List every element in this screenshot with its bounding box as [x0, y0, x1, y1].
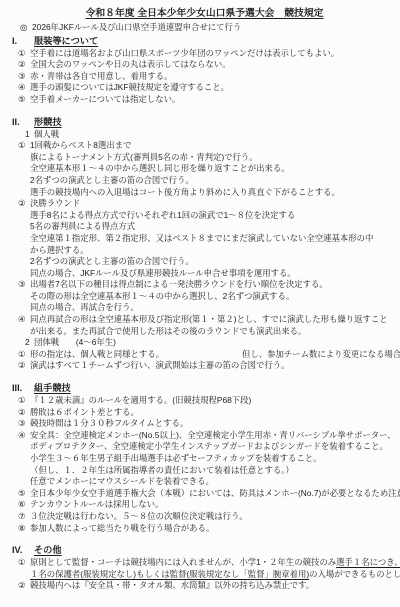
rule-item-line: ⑤空手着メーカーについては指定しない。 [12, 94, 397, 106]
preamble-line: ◎ 2026年JKFルール及び山口県空手道連盟申合せにて行う [12, 22, 397, 34]
item-marker: ⑧ [18, 523, 30, 535]
text-segment: 演武はすべて１チームずつ行い、演武開始は主審の笛の合図で行う。 [30, 360, 289, 370]
line-text: 勝敗は６ポイント差とする。 [30, 407, 139, 419]
text-segment: 同点再試合の形は全空連基本形及び指定形(第１・第２)とし、すでに演武した形も繰り… [30, 314, 388, 324]
rule-item-line: ②全国大会のワッペンや日の丸は表示してはならない。 [12, 59, 397, 71]
text-segment: 勝敗は６ポイント差とする。 [30, 407, 139, 417]
line-text: 同点の場合、JKFルール及び県連形競技ルール申合せ事項を運用する。 [30, 268, 296, 280]
line-text: 安全具：全空連検定メンホー(No.5以上)、全空連検定小学生用赤・青リバーシブル… [30, 430, 396, 442]
section-heading: その他 [34, 544, 62, 557]
line-text: ３位決定戦は行わない。５～８位の次順位決定戦は行う。 [30, 511, 248, 523]
section-numeral: I. [12, 35, 34, 48]
continuation-line: 5名の審判員による得点方式 [12, 221, 397, 233]
line-text: 任意でメンホーにマウスシールドを装着できる。 [30, 476, 214, 488]
line-text: 出場者7名以下の種目は得点制による一発決勝ラウンドを行い順位を決定する。 [30, 279, 328, 291]
continuation-line: （但し、１．２年生は所属指導者の責任において装着は任意とする。） [12, 465, 397, 477]
text-segment: その際の形は全空連基本形１～４の中から選択し、2名ずつ演武する。 [30, 291, 294, 301]
line-text: 参加人数によって総当たり戦を行う場合がある。 [30, 523, 214, 535]
line-text: から選択する。 [30, 245, 89, 257]
rule-item-line: ③出場者7名以下の種目は得点制による一発決勝ラウンドを行い順位を決定する。 [12, 279, 397, 291]
continuation-line: から選択する。 [12, 245, 397, 257]
item-marker: ⑥ [18, 499, 30, 511]
line-text: 決勝ラウンド [30, 198, 80, 210]
continuation-line: 全空連第１指定形、第２指定形、又はベスト８までにまだ演武していない全空連基本形の… [12, 233, 397, 245]
section-kumite: III.組手競技①『１２歳未満』のルールを適用する。(旧競技規程P68下段)②勝… [12, 382, 397, 534]
line-text: テンカウントルールは採用しない。 [30, 499, 163, 511]
line-text: 団体戦 (4～6年生) [34, 337, 116, 349]
section-numeral: III. [12, 382, 34, 395]
text-segment: 出場者7名以下の種目は得点制による一発決勝ラウンドを行い順位を決定する。 [30, 279, 328, 289]
item-marker: ① [18, 48, 30, 60]
text-segment: 選手１名につき、 [336, 557, 400, 567]
item-marker: ⑦ [18, 511, 30, 523]
text-segment: 形の指定は、個人戦と同様とする。 [30, 349, 164, 359]
line-text: 選手の頭髪についてはJKF競技規定を遵守すること。 [30, 82, 229, 94]
line-text: 同点再試合の形は全空連基本形及び指定形(第１・第２)とし、すでに演武した形も繰り… [30, 314, 388, 326]
line-text: 空手着には道場名および山口県スポーツ少年団のワッペンだけは表示してもよい。 [30, 48, 339, 60]
rule-item-line: ⑦３位決定戦は行わない。５～８位の次順位決定戦は行う。 [12, 511, 397, 523]
text-segment: 5名の審判員による得点方式 [30, 221, 135, 231]
text-segment: 全空連第１指定形、第２指定形、又はベスト８までにまだ演武していない全空連基本形の… [30, 233, 373, 243]
text-segment: 安全具：全空連検定メンホー(No.5以上)、全空連検定小学生用赤・青リバーシブル… [30, 430, 396, 440]
text-segment: 2名ずつの演武とし主審の笛の合図で行う。 [30, 256, 194, 266]
item-marker: ⑤ [18, 488, 30, 500]
preamble-marker: ◎ [20, 22, 32, 34]
item-marker: ② [18, 198, 30, 210]
text-segment: 参加人数によって総当たり戦を行う場合がある。 [30, 523, 214, 533]
text-segment: 全日本少年少女空手道選手権大会（本戦）においては、防具はメンホー(No.7)が必… [30, 488, 400, 498]
section-numeral: II. [12, 116, 34, 129]
rule-item-line: ⑧参加人数によって総当たり戦を行う場合がある。 [12, 523, 397, 535]
line-text: 2名ずつの演武とし主審の笛の合図で行う。 [30, 256, 194, 268]
text-segment: 任意でメンホーにマウスシールドを装着できる。 [30, 476, 214, 486]
rule-item-line: ⑤全日本少年少女空手道選手権大会（本戦）においては、防具はメンホー(No.7)が… [12, 488, 397, 500]
text-segment: 同点の場合、再試合を行う。 [30, 302, 139, 312]
item-marker: 1 [25, 129, 34, 141]
section-numeral: IV. [12, 544, 34, 557]
line-text: 2名ずつの演武とし主審の笛の合図で行う。 [30, 175, 194, 187]
item-marker: 2 [25, 337, 34, 349]
sections-container: I.服装等について①空手着には道場名および山口県スポーツ少年団のワッペンだけは表… [12, 35, 397, 592]
text-segment: が出来る。また再試合で使用した形はその後のラウンドでも演武出来る。 [30, 326, 306, 336]
subsection-line: 1個人戦 [12, 129, 397, 141]
line-text: 『１２歳未満』のルールを適用する。(旧競技規程P68下段) [30, 395, 251, 407]
text-segment: 但し、参加チーム数により変更になる場合がある。 [242, 349, 400, 359]
continuation-line: 2名ずつの演武とし主審の笛の合図で行う。 [12, 256, 397, 268]
item-marker: ② [18, 59, 30, 71]
continuation-line: ボディプロテクター、全空連検定小学生インステップガードおよびシンガードを装着する… [12, 441, 397, 453]
text-segment: 2名ずつの演武とし主審の笛の合図で行う。 [30, 175, 194, 185]
line-text: 個人戦 [34, 129, 59, 141]
item-marker: ① [18, 557, 30, 569]
item-marker: ① [18, 349, 30, 361]
continuation-line: 同点の場合、JKFルール及び県連形競技ルール申合せ事項を運用する。 [12, 268, 397, 280]
page-title: 令和８年度 全日本少年少女山口県予選大会 競技規定 [12, 7, 397, 20]
text-segment: 全国大会のワッペンや日の丸は表示してはならない。 [30, 59, 231, 69]
line-text: １名の保護者(服装規定なし)もしくは監督(服装規定なし「監督」腕章着用)の入場が… [30, 569, 400, 581]
text-segment: ボディプロテクター、全空連検定小学生インステップガードおよびシンガードを装着する… [30, 441, 388, 451]
section-kata: II.形競技1個人戦①1回戦からベスト8選出まで旗によるトーナメント方式(審判員… [12, 116, 397, 372]
continuation-line: 旗によるトーナメント方式(審判員5名の赤・青判定)で行う。 [12, 152, 397, 164]
line-text: その際の形は全空連基本形１～４の中から選択し、2名ずつ演武する。 [30, 291, 294, 303]
continuation-line: 選手8名による得点方式で行いそれぞれ1回の演武で1～８位を決定する [12, 210, 397, 222]
continuation-line: 2名ずつの演武とし主審の笛の合図で行う。 [12, 175, 397, 187]
rule-item-line: ②競技場内へは『安全具・帯・タオル類、水筒類』以外の持ち込み禁止です。 [12, 580, 397, 592]
section-other: IV.その他①原則として監督・コーチは競技場内には入れませんが、小学1・２年生の… [12, 544, 397, 592]
text-segment: 選手の競技場内への入退場はコート後方角より斜めに入り真直ぐ下がることする。 [30, 187, 340, 197]
rule-item-line: ②決勝ラウンド [12, 198, 397, 210]
text-segment: から選択する。 [30, 245, 89, 255]
preamble-text: 2026年JKFルール及び山口県空手道連盟申合せにて行う [32, 22, 241, 34]
text-segment: 『１２歳未満』のルールを適用する。(旧競技規程P68下段) [30, 395, 251, 405]
item-marker: ④ [18, 430, 30, 442]
line-text: 全日本少年少女空手道選手権大会（本戦）においては、防具はメンホー(No.7)が必… [30, 488, 400, 500]
rule-item-line: ④選手の頭髪についてはJKF競技規定を遵守すること。 [12, 82, 397, 94]
text-segment: 個人戦 [34, 129, 59, 139]
section-header: III.組手競技 [12, 382, 397, 395]
section-header: I.服装等について [12, 35, 397, 48]
rule-item-line: ①空手着には道場名および山口県スポーツ少年団のワッペンだけは表示してもよい。 [12, 48, 397, 60]
text-segment: 決勝ラウンド [30, 198, 80, 208]
section-heading: 形競技 [34, 116, 62, 129]
line-text: 1回戦からベスト8選出まで [30, 140, 131, 152]
text-segment: 同点の場合、JKFルール及び県連形競技ルール申合せ事項を運用する。 [30, 268, 296, 278]
continuation-line: 選手の競技場内への入退場はコート後方角より斜めに入り真直ぐ下がることする。 [12, 187, 397, 199]
text-segment: 団体戦 (4～6年生) [34, 337, 116, 347]
line-text: 演武はすべて１チームずつ行い、演武開始は主審の笛の合図で行う。 [30, 360, 289, 372]
line-text: 選手8名による得点方式で行いそれぞれ1回の演武で1～８位を決定する [30, 210, 295, 222]
text-segment: 原則として監督・コーチは競技場内には入れませんが、小学1・２年生の競技のみ [30, 557, 336, 567]
item-marker: ① [18, 395, 30, 407]
text-segment: の入場ができるものとします。 [309, 569, 400, 579]
rule-item-line: ③赤・青帯は各自で用意し、着用する。 [12, 71, 397, 83]
section-header: IV.その他 [12, 544, 397, 557]
text-segment: 選手の頭髪についてはJKF競技規定を遵守すること。 [30, 82, 229, 92]
item-marker: ② [18, 360, 30, 372]
text-segment: 競技時間は１分３０秒フルタイムとする。 [30, 418, 188, 428]
line-text: 競技時間は１分３０秒フルタイムとする。 [30, 418, 188, 430]
section-heading: 組手競技 [34, 382, 71, 395]
item-marker: ⑤ [18, 94, 30, 106]
line-text: （但し、１．２年生は所属指導者の責任において装着は任意とする。） [30, 465, 294, 477]
text-segment: （但し、１．２年生は所属指導者の責任において装着は任意とする。） [30, 465, 294, 475]
line-text: 全国大会のワッペンや日の丸は表示してはならない。 [30, 59, 231, 71]
line-text: 選手の競技場内への入退場はコート後方角より斜めに入り真直ぐ下がることする。 [30, 187, 340, 199]
document-page: 令和８年度 全日本少年少女山口県予選大会 競技規定 ◎ 2026年JKFルール及… [0, 0, 400, 592]
rule-item-line: ⑥テンカウントルールは採用しない。 [12, 499, 397, 511]
continuation-line: 任意でメンホーにマウスシールドを装着できる。 [12, 476, 397, 488]
item-marker: ② [18, 580, 30, 592]
line-text: 競技場内へは『安全具・帯・タオル類、水筒類』以外の持ち込み禁止です。 [30, 580, 314, 592]
line-text: が出来る。また再試合で使用した形はその後のラウンドでも演武出来る。 [30, 326, 306, 338]
text-segment: １名の保護者(服装規定なし)もしくは監督(服装規定なし「監督」腕章着用) [30, 569, 309, 579]
continuation-line: その際の形は全空連基本形１～４の中から選択し、2名ずつ演武する。 [12, 291, 397, 303]
line-text: 原則として監督・コーチは競技場内には入れませんが、小学1・２年生の競技のみ選手１… [30, 557, 400, 569]
rule-item-line: ①形の指定は、個人戦と同様とする。但し、参加チーム数により変更になる場合がある。 [12, 349, 397, 361]
subsection-line: 2団体戦 (4～6年生) [12, 337, 397, 349]
line-text: ボディプロテクター、全空連検定小学生インステップガードおよびシンガードを装着する… [30, 441, 388, 453]
item-marker: ① [18, 140, 30, 152]
line-text: 赤・青帯は各自で用意し、着用する。 [30, 71, 172, 83]
text-segment: 赤・青帯は各自で用意し、着用する。 [30, 71, 172, 81]
rule-item-line: ①『１２歳未満』のルールを適用する。(旧競技規程P68下段) [12, 395, 397, 407]
text-segment: 全空連基本形１～４の中から選択し同じ形を繰り返すことが出来る。 [30, 163, 290, 173]
rule-item-line: ①1回戦からベスト8選出まで [12, 140, 397, 152]
item-marker: ③ [18, 418, 30, 430]
line-text: 空手着メーカーについては指定しない。 [30, 94, 180, 106]
line-text: 旗によるトーナメント方式(審判員5名の赤・青判定)で行う。 [30, 152, 258, 164]
text-segment: 選手8名による得点方式で行いそれぞれ1回の演武で1～８位を決定する [30, 210, 295, 220]
section-heading: 服装等について [34, 35, 98, 48]
section-uniform: I.服装等について①空手着には道場名および山口県スポーツ少年団のワッペンだけは表… [12, 35, 397, 106]
item-marker: ③ [18, 279, 30, 291]
item-marker: ② [18, 407, 30, 419]
rule-item-line: ④安全具：全空連検定メンホー(No.5以上)、全空連検定小学生用赤・青リバーシブ… [12, 430, 397, 442]
text-segment: 1回戦からベスト8選出まで [30, 140, 131, 150]
text-segment: 競技場内へは『安全具・帯・タオル類、水筒類』以外の持ち込み禁止です。 [30, 580, 314, 590]
line-text: 小学生３～６年生男子組手出場選手は必ずセーフティカップを装着すること。 [30, 453, 322, 465]
line-text: 同点の場合、再試合を行う。 [30, 302, 139, 314]
continuation-line: が出来る。また再試合で使用した形はその後のラウンドでも演武出来る。 [12, 326, 397, 338]
line-text: 5名の審判員による得点方式 [30, 221, 135, 233]
item-marker: ③ [18, 71, 30, 83]
item-marker: ④ [18, 314, 30, 326]
text-segment: 空手着メーカーについては指定しない。 [30, 94, 180, 104]
continuation-line: 全空連基本形１～４の中から選択し同じ形を繰り返すことが出来る。 [12, 163, 397, 175]
text-segment: ３位決定戦は行わない。５～８位の次順位決定戦は行う。 [30, 511, 248, 521]
page-title-text: 令和８年度 全日本少年少女山口県予選大会 競技規定 [86, 8, 324, 19]
text-segment: 空手着には道場名および山口県スポーツ少年団のワッペンだけは表示してもよい。 [30, 48, 339, 58]
text-segment: 小学生３～６年生男子組手出場選手は必ずセーフティカップを装着すること。 [30, 453, 322, 463]
text-segment: 旗によるトーナメント方式(審判員5名の赤・青判定)で行う。 [30, 152, 258, 162]
continuation-line: １名の保護者(服装規定なし)もしくは監督(服装規定なし「監督」腕章着用)の入場が… [12, 569, 397, 581]
item-marker: ④ [18, 82, 30, 94]
line-text: 形の指定は、個人戦と同様とする。但し、参加チーム数により変更になる場合がある。 [30, 349, 400, 361]
section-header: II.形競技 [12, 116, 397, 129]
line-text: 全空連基本形１～４の中から選択し同じ形を繰り返すことが出来る。 [30, 163, 290, 175]
rule-item-line: ②勝敗は６ポイント差とする。 [12, 407, 397, 419]
rule-item-line: ②演武はすべて１チームずつ行い、演武開始は主審の笛の合図で行う。 [12, 360, 397, 372]
continuation-line: 小学生３～６年生男子組手出場選手は必ずセーフティカップを装着すること。 [12, 453, 397, 465]
rule-item-line: ①原則として監督・コーチは競技場内には入れませんが、小学1・２年生の競技のみ選手… [12, 557, 397, 569]
text-segment: テンカウントルールは採用しない。 [30, 499, 163, 509]
rule-item-line: ③競技時間は１分３０秒フルタイムとする。 [12, 418, 397, 430]
rule-item-line: ④同点再試合の形は全空連基本形及び指定形(第１・第２)とし、すでに演武した形も繰… [12, 314, 397, 326]
continuation-line: 同点の場合、再試合を行う。 [12, 302, 397, 314]
line-text: 全空連第１指定形、第２指定形、又はベスト８までにまだ演武していない全空連基本形の… [30, 233, 373, 245]
